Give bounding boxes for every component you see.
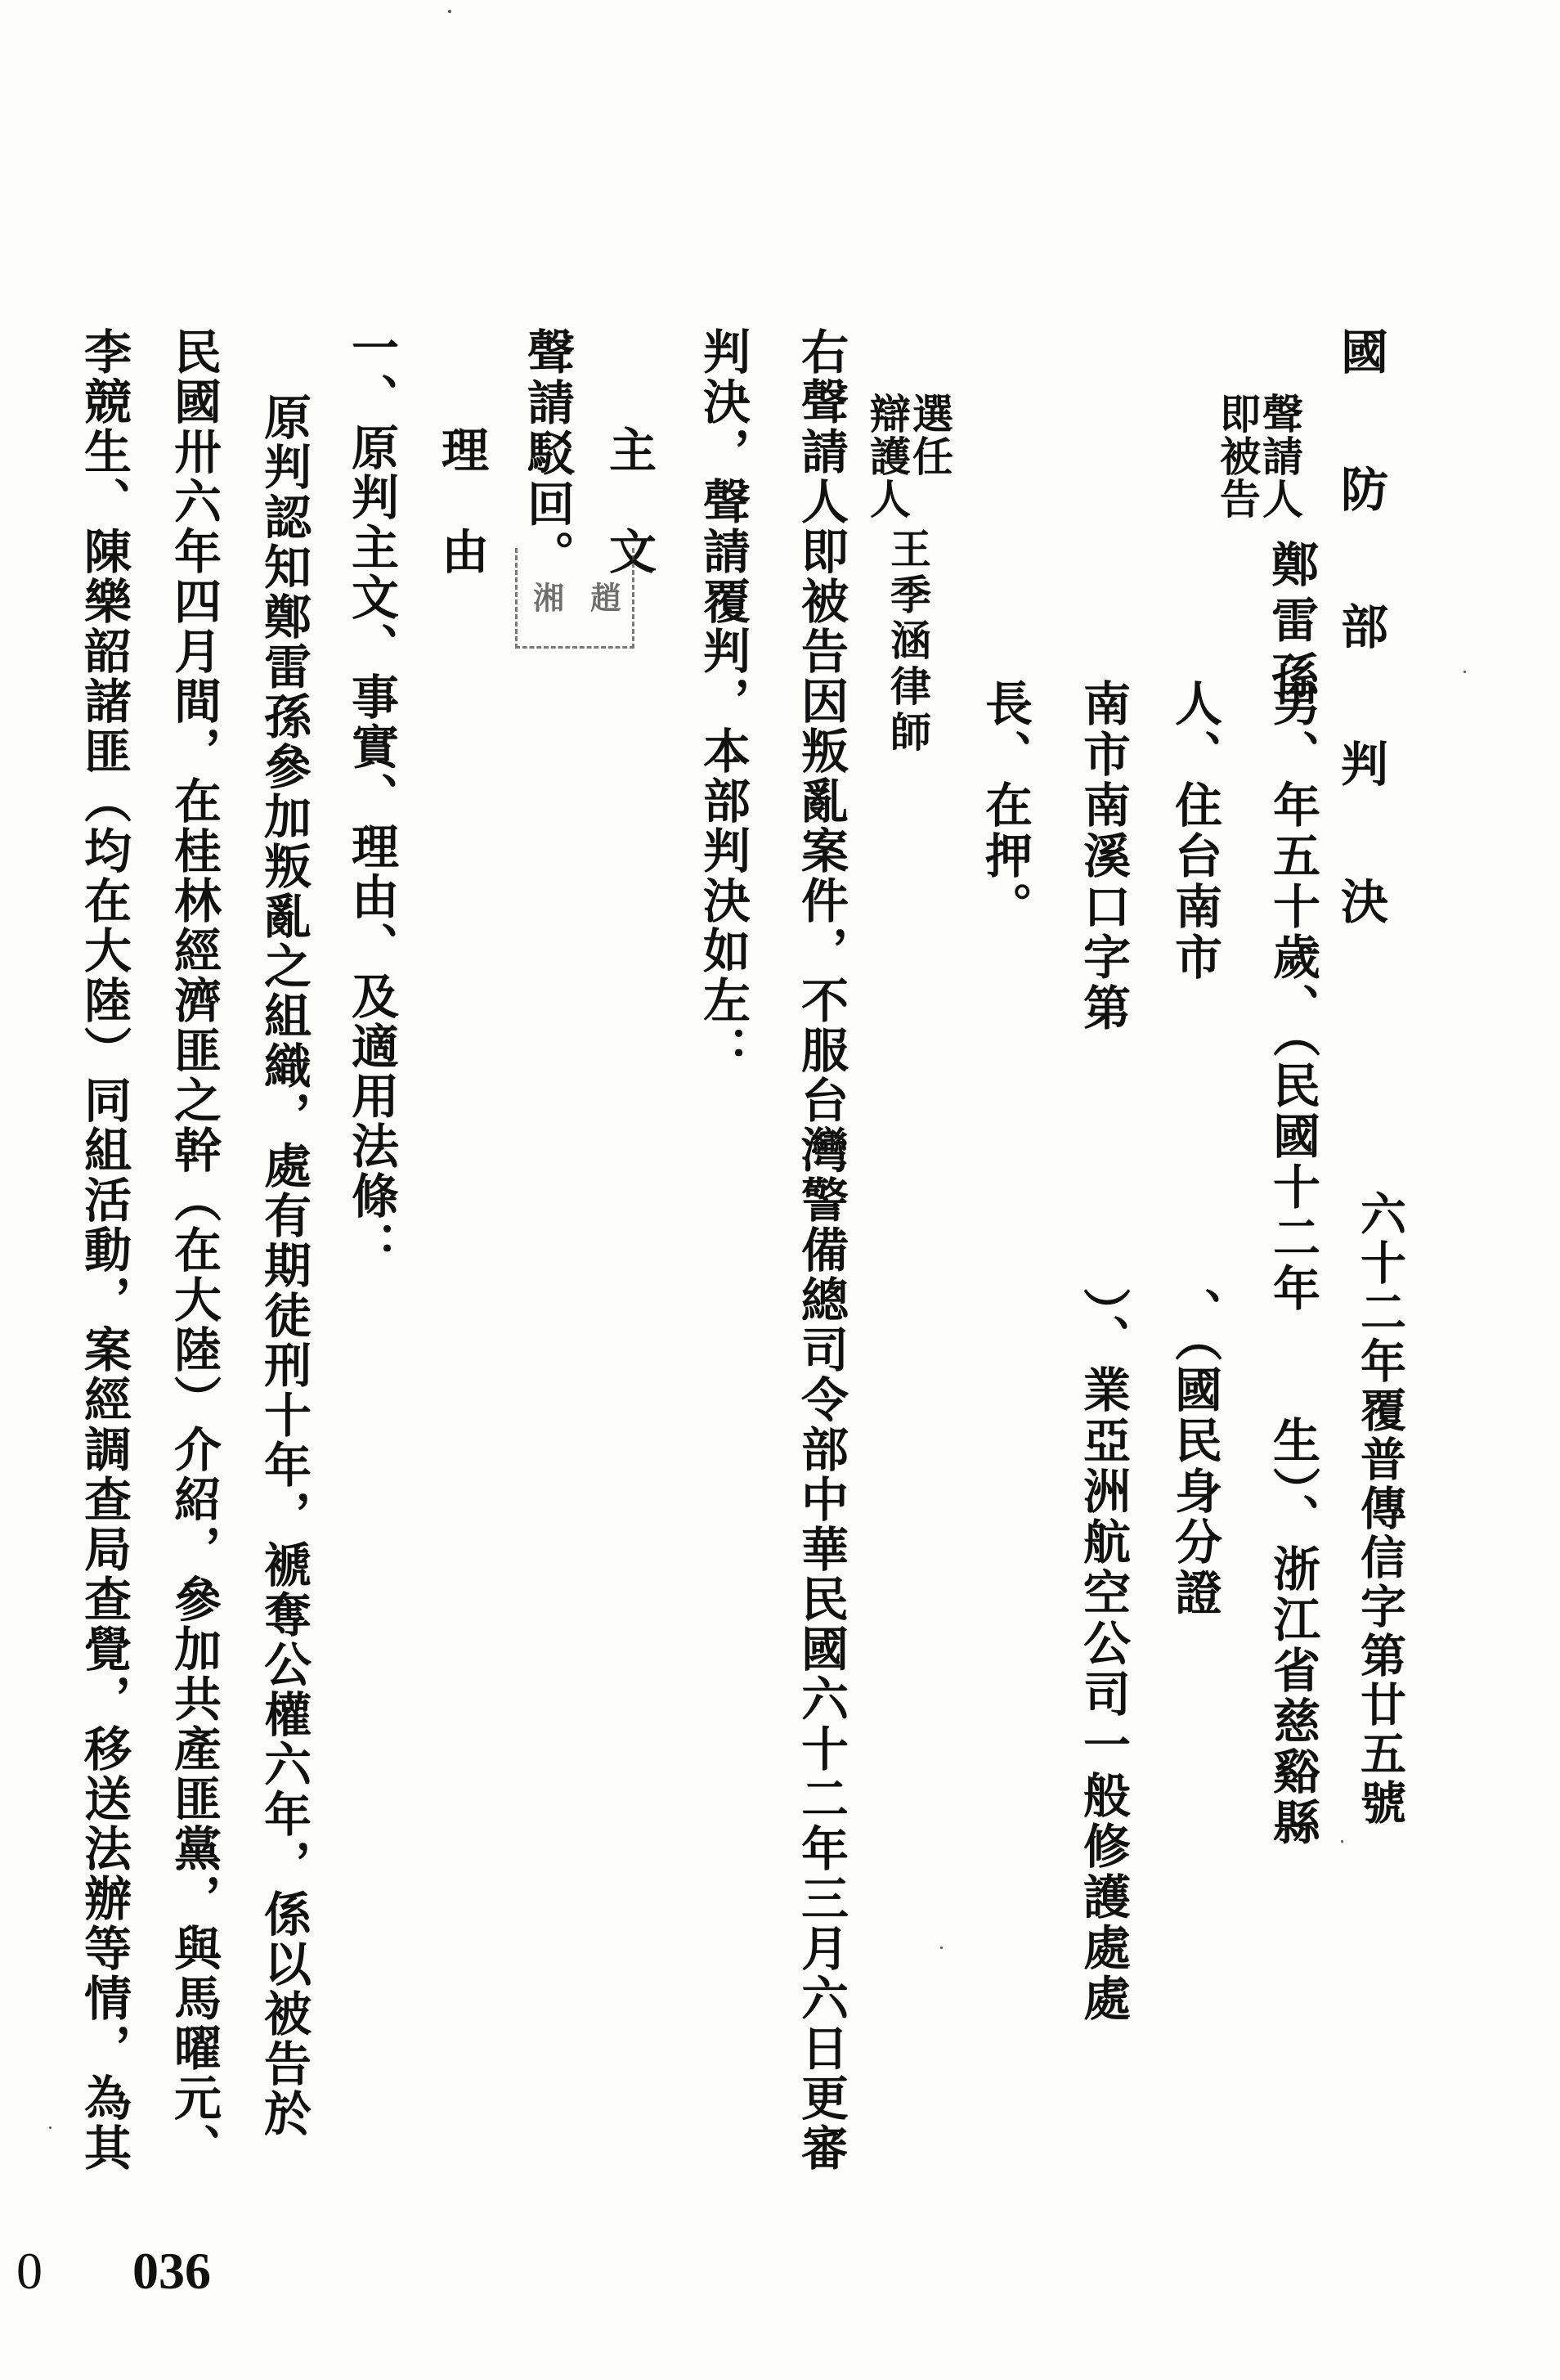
document-page: 國防部判決 六十二年覆普傳信字第廿五號 聲請人 即被告 鄭雷孫 男、年五十歲、（…	[0, 0, 1560, 2380]
page-number: 0 036	[16, 2241, 211, 2301]
defense-label: 選任 辯護人	[867, 393, 950, 520]
scan-speck	[1341, 1840, 1343, 1843]
party-details-line2: 人、住台南市 、（國民身分證	[1171, 679, 1218, 1619]
scan-speck	[1464, 671, 1466, 673]
preamble-line2: 判決，聲請覆判，本部判決如左：	[699, 327, 746, 1075]
reasons-paragraph-line3: 李競生、陳樂韶諸匪（均在大陸）同組活動，案經調查局查覺，移送法辦等情，為其	[80, 327, 128, 2173]
reasons-paragraph-line2: 民國卅六年四月間，在桂林經濟匪之幹（在大陸）介紹，參加共產匪黨，與馬曜元、	[170, 327, 217, 2173]
scan-speck	[448, 10, 451, 13]
scan-speck	[49, 2126, 52, 2129]
role-label-line2: 即被告	[1217, 393, 1257, 520]
page-number-prefix: 0	[16, 2241, 43, 2301]
party-role-label: 聲請人 即被告	[1217, 393, 1300, 520]
role-label-line1: 聲請人	[1259, 393, 1300, 520]
party-details-line3: 南市南溪口字第 ）、業亞洲航空公司一般修護處處	[1079, 679, 1127, 2024]
document-title: 國防部判決	[1337, 327, 1384, 1014]
defense-label-line2: 辯護人	[867, 393, 908, 520]
page-number-value: 036	[132, 2241, 211, 2301]
preamble-line1: 右聲請人即被告因叛亂案件，不服台灣警備總司令部中華民國六十二年三月六日更審	[797, 327, 845, 2173]
reasons-item-heading: 一、原判主文、事實、理由、及適用法條：	[347, 323, 395, 1271]
reasons-heading: 理 由	[437, 425, 485, 577]
defense-label-line1: 選任	[909, 393, 950, 520]
stamp-char-1: 趙	[581, 582, 626, 613]
defense-counsel-name: 王季涵律師	[887, 528, 928, 757]
reasons-paragraph-line1: 原判認知鄭雷孫參加叛亂之組織，處有期徒刑十年，褫奪公權六年，係以被告於	[260, 393, 307, 2139]
official-seal-stamp: 趙 湘	[515, 548, 634, 649]
scan-speck	[940, 1947, 943, 1949]
party-details-line1: 男、年五十歲、（民國十二年 生）、浙江省慈谿縣	[1269, 679, 1316, 1848]
case-number: 六十二年覆普傳信字第廿五號	[1357, 1190, 1403, 1828]
party-details-line4: 長、在押。	[981, 679, 1029, 932]
main-text-body: 聲請駁回。	[523, 327, 571, 581]
stamp-char-2: 湘	[524, 582, 569, 613]
